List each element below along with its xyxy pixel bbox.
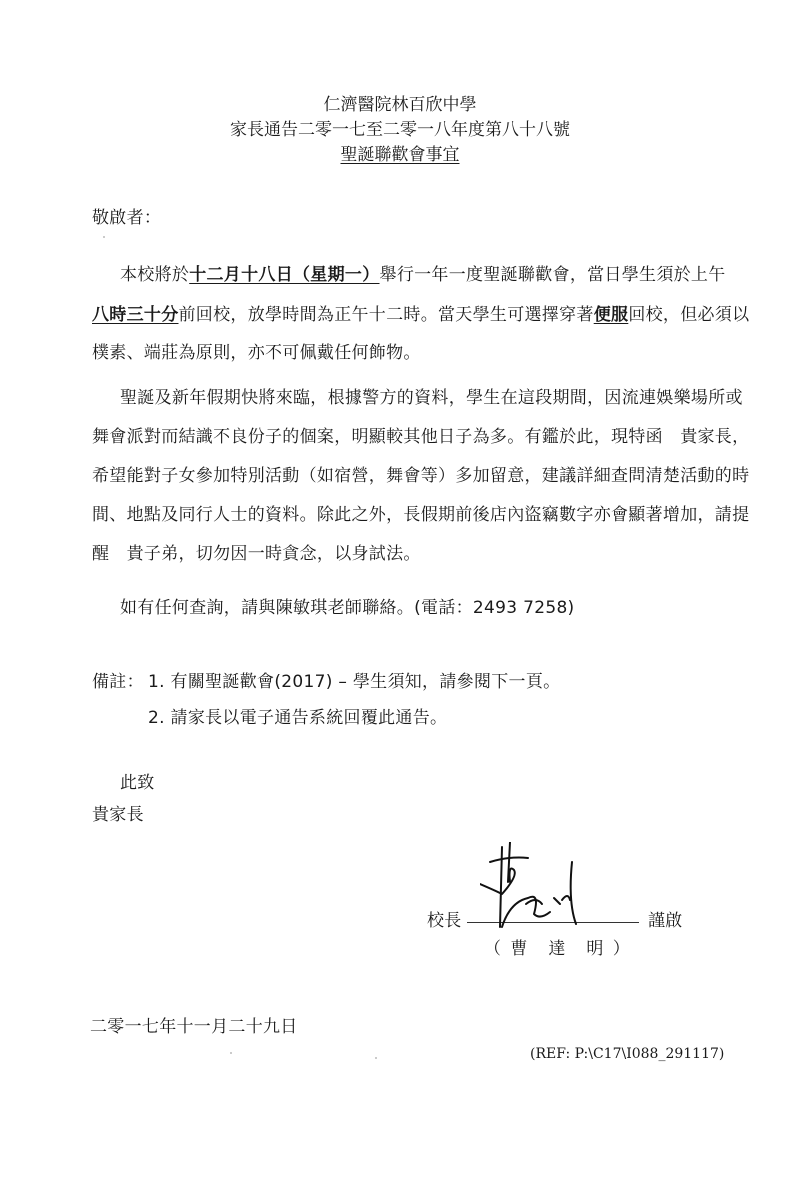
remark-item-2: 2. 請家長以電子通告系統回覆此通告。: [148, 703, 447, 728]
dress-code: 便服: [594, 305, 629, 325]
paragraph2-line3: 希望能對子女參加特別活動（如宿營，舞會等）多加留意，建議詳細查問清楚活動的時: [92, 461, 749, 486]
sign-off: 謹啟: [648, 906, 683, 931]
issue-date: 二零一七年十一月二十九日: [90, 1012, 298, 1037]
scan-speck: [375, 1057, 377, 1059]
scan-speck: [230, 1052, 232, 1054]
scan-speck: [103, 236, 105, 238]
paragraph1-line1: 本校將於十二月十八日（星期一）舉行一年一度聖誕聯歡會，當日學生須於上午: [120, 260, 726, 285]
paragraph2-line2: 舞會派對而結識不良份子的個案，明顯較其他日子為多。有鑑於此，現特函 貴家長，: [92, 422, 749, 447]
school-name: 仁濟醫院林百欣中學: [0, 90, 800, 115]
p1-suffix: 舉行一年一度聖誕聯歡會，當日學生須於上午: [380, 265, 726, 285]
salutation: 敬啟者：: [92, 203, 161, 228]
paragraph1-line2: 八時三十分前回校，放學時間為正午十二時。當天學生可選擇穿著便服回校，但必須以: [92, 300, 749, 325]
reference-code: (REF: P:\C17\I088_291117): [530, 1046, 724, 1062]
p1-mid: 前回校，放學時間為正午十二時。當天學生可選擇穿著: [179, 305, 594, 325]
paragraph2-line4: 間、地點及同行人士的資料。除此之外，長假期前後店內盜竊數字亦會顯著增加，請提: [92, 500, 749, 525]
principal-title: 校長: [427, 906, 462, 931]
arrival-time: 八時三十分: [92, 305, 179, 325]
enquiry-contact: 如有任何查詢，請與陳敏琪老師聯絡。(電話：2493 7258): [120, 593, 575, 618]
paragraph2-line5: 醒 貴子弟，切勿因一時貪念，以身試法。: [92, 539, 421, 564]
p1-line2-suffix: 回校，但必須以: [628, 305, 749, 325]
paragraph2-line1: 聖誕及新年假期快將來臨，根據警方的資料，學生在這段期間，因流連娛樂場所或: [120, 383, 743, 408]
closing-line2: 貴家長: [92, 800, 144, 825]
remarks-label: 備註：: [92, 667, 144, 692]
event-date: 十二月十八日（星期一）: [189, 265, 379, 285]
signature-icon: [480, 842, 610, 932]
notice-number: 家長通告二零一七至二零一八年度第八十八號: [0, 115, 800, 140]
notice-subject: 聖誕聯歡會事宜: [0, 140, 800, 165]
paragraph1-line3: 樸素、端莊為原則，亦不可佩戴任何飾物。: [92, 338, 421, 363]
closing-line1: 此致: [120, 768, 155, 793]
principal-name: （ 曹 達 明 ）: [484, 934, 632, 959]
p1-prefix: 本校將於: [120, 265, 189, 285]
remark-item-1: 1. 有關聖誕歡會(2017) – 學生須知，請參閱下一頁。: [148, 667, 560, 692]
